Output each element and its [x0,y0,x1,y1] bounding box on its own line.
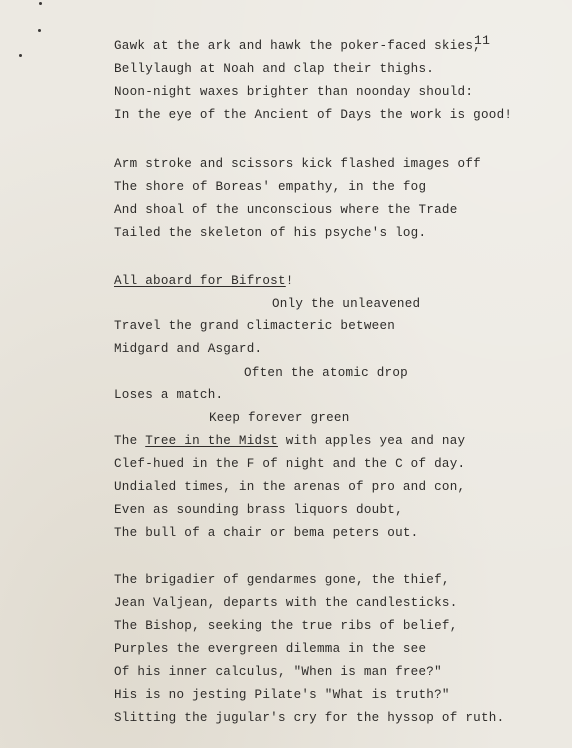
poem-line-indented: Keep forever green [209,410,350,426]
poem-line-indented: Often the atomic drop [244,365,408,381]
poem-line: Clef-hued in the F of night and the C of… [114,456,465,472]
poem-line: The Bishop, seeking the true ribs of bel… [114,618,458,634]
poem-line: And shoal of the unconscious where the T… [114,202,458,218]
poem-line: Even as sounding brass liquors doubt, [114,502,403,518]
poem-line-indented: Only the unleavened [272,296,420,312]
poem-line-tree: The Tree in the Midst with apples yea an… [114,433,465,449]
poem-line: Noon-night waxes brighter than noonday s… [114,84,473,100]
poem-line: The shore of Boreas' empathy, in the fog [114,179,426,195]
ink-speck [38,29,41,32]
poem-line: Slitting the jugular's cry for the hysso… [114,710,504,726]
poem-line: Purples the evergreen dilemma in the see [114,641,426,657]
poem-line: Of his inner calculus, "When is man free… [114,664,442,680]
heading-underlined: All aboard for Bifrost [114,274,286,288]
poem-line: Jean Valjean, departs with the candlesti… [114,595,458,611]
poem-line: The brigadier of gendarmes gone, the thi… [114,572,450,588]
poem-line: Gawk at the ark and hawk the poker-faced… [114,38,481,54]
poem-line: Tailed the skeleton of his psyche's log. [114,225,426,241]
poem-line: Midgard and Asgard. [114,341,262,357]
tree-before: The [114,434,145,448]
poem-line: His is no jesting Pilate's "What is trut… [114,687,450,703]
poem-line: Loses a match. [114,387,223,403]
poem-line: In the eye of the Ancient of Days the wo… [114,107,512,123]
poem-line: Arm stroke and scissors kick flashed ima… [114,156,481,172]
ink-speck [39,2,42,5]
poem-line: Bellylaugh at Noah and clap their thighs… [114,61,434,77]
tree-underlined: Tree in the Midst [145,434,278,448]
poem-line: The bull of a chair or bema peters out. [114,525,419,541]
poem-line: Travel the grand climacteric between [114,318,395,334]
tree-after: with apples yea and nay [278,434,465,448]
ink-speck [19,54,22,57]
heading-punct: ! [286,274,294,288]
section-heading: All aboard for Bifrost! [114,273,294,289]
poem-line: Undialed times, in the arenas of pro and… [114,479,465,495]
